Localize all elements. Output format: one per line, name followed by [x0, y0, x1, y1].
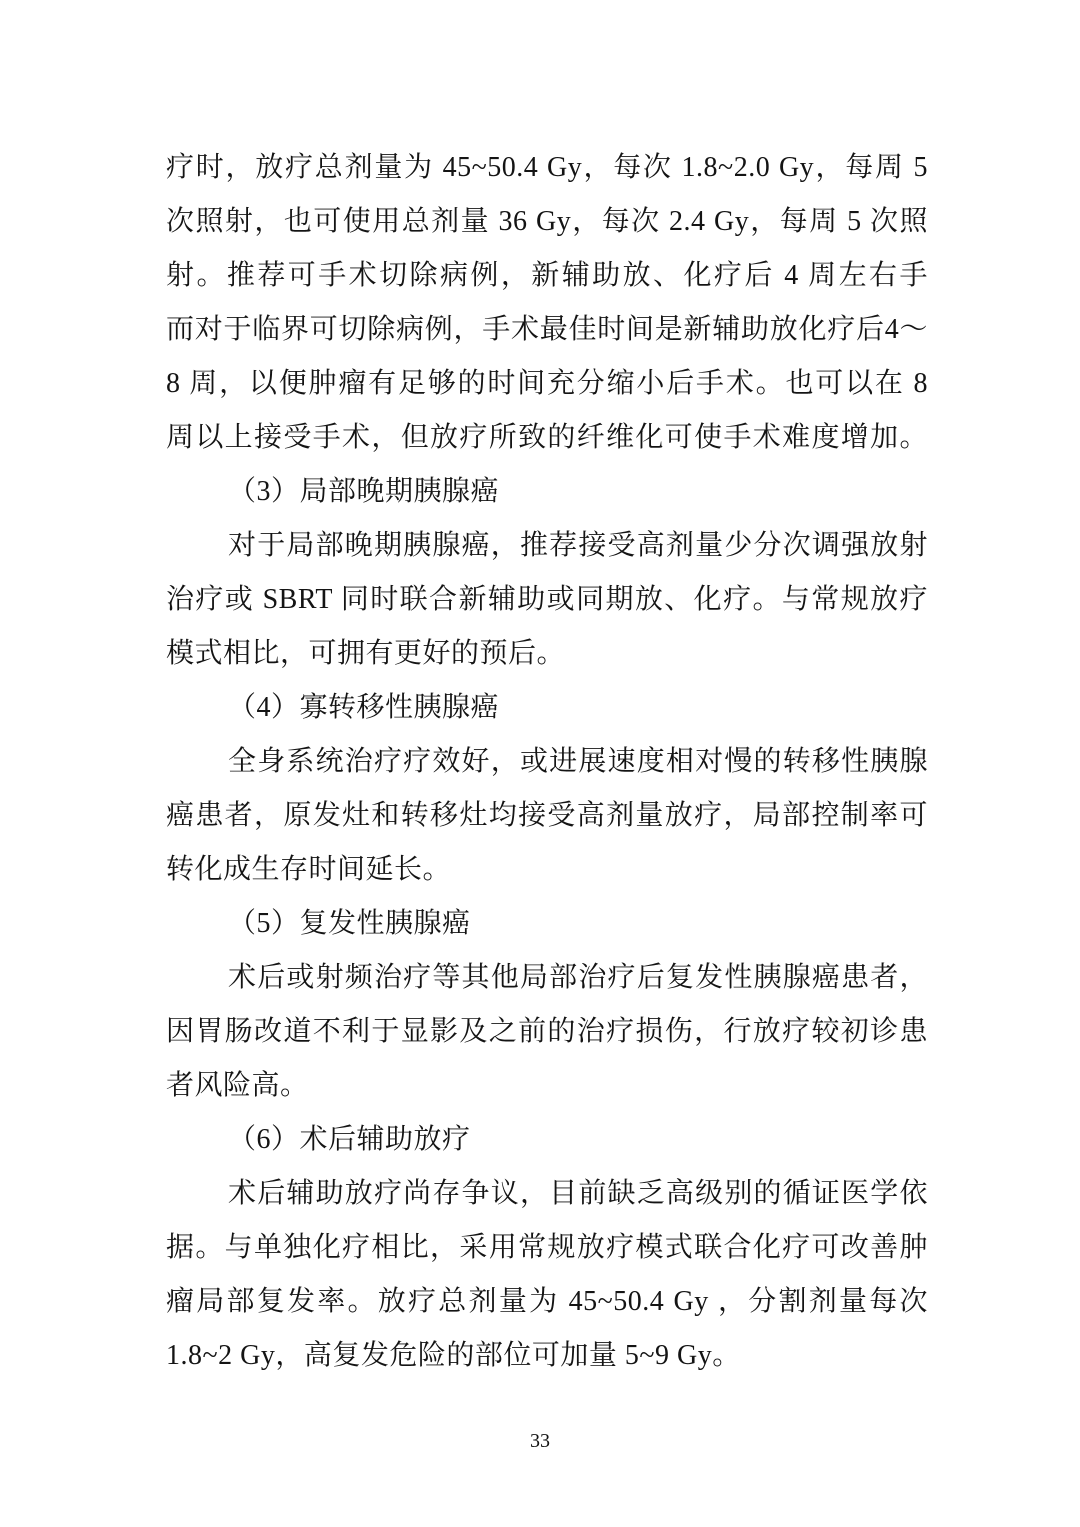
- text-line: 因胃肠改道不利于显影及之前的治疗损伤，行放疗较初诊患: [166, 1005, 928, 1059]
- text-line: 次照射，也可使用总剂量 36 Gy，每次 2.4 Gy，每周 5 次照: [166, 195, 928, 249]
- text-line: 术后或射频治疗等其他局部治疗后复发性胰腺癌患者，: [166, 951, 928, 1005]
- text-line: 据。与单独化疗相比，采用常规放疗模式联合化疗可改善肿: [166, 1221, 928, 1275]
- section-heading: （5）复发性胰腺癌: [166, 897, 928, 951]
- text-line: 全身系统治疗疗效好，或进展速度相对慢的转移性胰腺: [166, 735, 928, 789]
- section-heading: （6）术后辅助放疗: [166, 1113, 928, 1167]
- text-line: 瘤局部复发率。放疗总剂量为 45~50.4 Gy ，分割剂量每次: [166, 1275, 928, 1329]
- text-line: 疗时，放疗总剂量为 45~50.4 Gy，每次 1.8~2.0 Gy，每周 5: [166, 141, 928, 195]
- text-line: 治疗或 SBRT 同时联合新辅助或同期放、化疗。与常规放疗: [166, 573, 928, 627]
- text-line: 1.8~2 Gy，高复发危险的部位可加量 5~9 Gy。: [166, 1329, 928, 1383]
- document-page: 疗时，放疗总剂量为 45~50.4 Gy，每次 1.8~2.0 Gy，每周 5 …: [0, 0, 1080, 1527]
- text-line: 8 周，以便肿瘤有足够的时间充分缩小后手术。也可以在 8: [166, 357, 928, 411]
- text-line: 癌患者，原发灶和转移灶均接受高剂量放疗，局部控制率可: [166, 789, 928, 843]
- text-line: 模式相比，可拥有更好的预后。: [166, 627, 928, 681]
- text-line: 转化成生存时间延长。: [166, 843, 928, 897]
- text-line: 术后辅助放疗尚存争议，目前缺乏高级别的循证医学依: [166, 1167, 928, 1221]
- text-line: 者风险高。: [166, 1059, 928, 1113]
- text-line: 周以上接受手术，但放疗所致的纤维化可使手术难度增加。: [166, 411, 928, 465]
- text-block: 疗时，放疗总剂量为 45~50.4 Gy，每次 1.8~2.0 Gy，每周 5 …: [166, 141, 928, 1383]
- text-line: 而对于临界可切除病例，手术最佳时间是新辅助放化疗后4～: [166, 303, 928, 357]
- text-line: 射。推荐可手术切除病例，新辅助放、化疗后 4 周左右手术；: [166, 249, 928, 303]
- text-line: 对于局部晚期胰腺癌，推荐接受高剂量少分次调强放射: [166, 519, 928, 573]
- section-heading: （3）局部晚期胰腺癌: [166, 465, 928, 519]
- page-number: 33: [0, 1428, 1080, 1454]
- section-heading: （4）寡转移性胰腺癌: [166, 681, 928, 735]
